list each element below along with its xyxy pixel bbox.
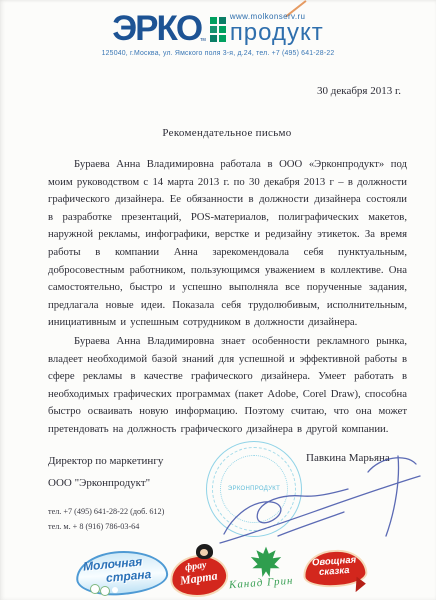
signer-company: ООО "Эрконпродукт" [48, 477, 150, 489]
scanned-letter-page: ЭРКО тм www.molkonserv.ru продукт 125040… [0, 0, 436, 600]
brand-logo-frau-marta: фрау Марта [170, 548, 228, 596]
lady-icon [196, 544, 213, 559]
letter-title: Рекомендательное письмо [48, 127, 406, 139]
trademark-mark: тм [200, 37, 206, 43]
handwritten-signature [218, 448, 430, 548]
brand-text: сказка [319, 565, 350, 578]
flowers-icon [90, 584, 100, 594]
logo-product-text: продукт [230, 22, 324, 44]
logo-erko-text: ЭРКО [112, 14, 201, 44]
letter-paragraph-1: Бураева Анна Владимировна работала в ООО… [48, 156, 407, 332]
logo-squares-icon [210, 17, 226, 42]
phone-office: тел. +7 (495) 641-28-22 (доб. 612) [48, 504, 164, 519]
brand-text: Канад Грин [229, 575, 294, 591]
company-address: 125040, г.Москва, ул. Ямского поля 3-я, … [0, 50, 436, 57]
brand-logo-kanad-grin: Канад Грин [229, 545, 301, 598]
company-header: ЭРКО тм www.molkonserv.ru продукт 125040… [0, 12, 436, 57]
letter-date: 30 декабря 2013 г. [317, 85, 401, 97]
brand-logo-ovoshchnaya-skazka: Овощная сказка [303, 550, 369, 596]
company-logo: ЭРКО тм www.molkonserv.ru продукт [112, 12, 324, 44]
letter-paragraph-2: Бураева Анна Владимировна знает особенно… [48, 333, 407, 439]
signer-position: Директор по маркетингу [48, 455, 163, 467]
contact-phones: тел. +7 (495) 641-28-22 (доб. 612) тел. … [48, 504, 164, 534]
brand-logo-molochnaya-strana: Молочная страна [76, 551, 168, 594]
phone-mobile: тел. м. + 8 (916) 786-03-64 [48, 519, 164, 534]
